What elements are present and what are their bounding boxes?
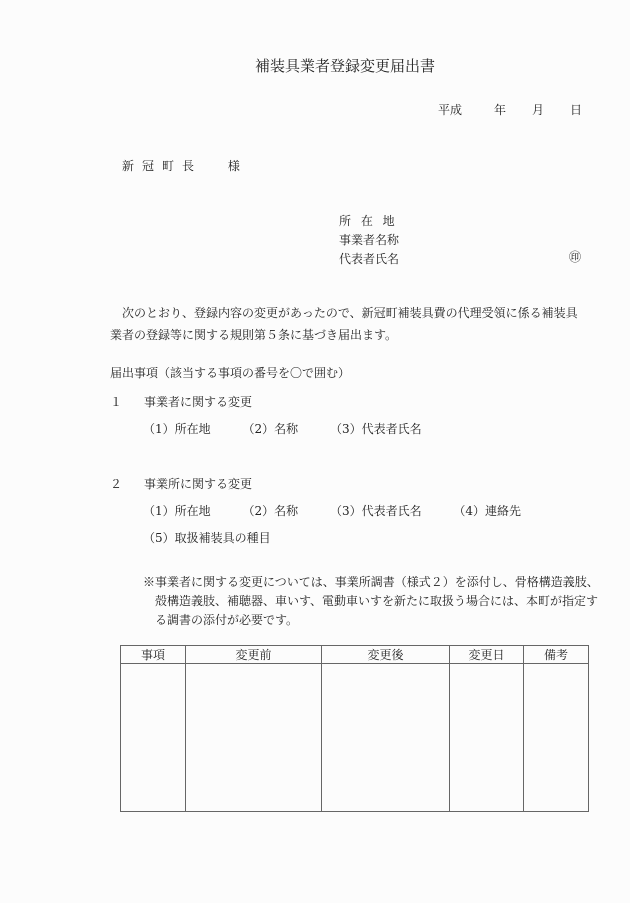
section-2-number: ２ — [110, 478, 144, 490]
addressee: 新冠町長 様 — [122, 160, 248, 172]
column-header-item: 事項 — [121, 646, 186, 664]
addressee-honorific: 様 — [228, 159, 248, 173]
applicant-business-name-label: 事業者名称 — [339, 234, 399, 253]
section-2-option-4: （4）連絡先 — [453, 505, 521, 517]
date-era: 平成 — [438, 104, 462, 116]
document-title: 補装具業者登録変更届出書 — [0, 59, 630, 74]
applicant-address-label: 所 在 地 — [339, 215, 399, 234]
column-header-change-date: 変更日 — [450, 646, 524, 664]
section-1-number: １ — [110, 396, 144, 408]
section-1-option-3: （3）代表者氏名 — [330, 423, 422, 435]
section-2-options: （1）所在地 （2）名称 （3）代表者氏名 （4）連絡先 — [143, 505, 549, 517]
section-2-option-3: （3）代表者氏名 — [330, 505, 422, 517]
column-header-after: 変更後 — [322, 646, 450, 664]
change-details-table: 事項 変更前 変更後 変更日 備考 — [120, 645, 589, 812]
section-1-options: （1）所在地 （2）名称 （3）代表者氏名 — [143, 423, 450, 435]
section-1-title: 事業者に関する変更 — [144, 395, 252, 409]
section-2-title: 事業所に関する変更 — [144, 477, 252, 491]
cell-remarks[interactable] — [524, 664, 589, 812]
section-2-option-5: （5）取扱補装具の種目 — [143, 532, 271, 544]
date-month-label: 月 — [532, 104, 544, 116]
column-header-remarks: 備考 — [524, 646, 589, 664]
section-1-option-1: （1）所在地 — [143, 423, 211, 435]
body-paragraph: 次のとおり、登録内容の変更があったので、新冠町補装具費の代理受領に係る補装具業者… — [110, 302, 588, 346]
attachment-note: ※事業者に関する変更については、事業所調書（様式２）を添付し、骨格構造義肢、殻構… — [143, 573, 605, 630]
section-2-option-2: （2）名称 — [242, 505, 298, 517]
cell-change-date[interactable] — [450, 664, 524, 812]
table-row — [121, 664, 589, 812]
date-day-label: 日 — [570, 104, 582, 116]
items-heading: 届出事項（該当する事項の番号を〇で囲む） — [110, 367, 350, 379]
section-1-option-2: （2）名称 — [242, 423, 298, 435]
table-header-row: 事項 変更前 変更後 変更日 備考 — [121, 646, 589, 664]
section-1-heading: １事業者に関する変更 — [110, 396, 252, 408]
cell-before[interactable] — [186, 664, 322, 812]
cell-after[interactable] — [322, 664, 450, 812]
applicant-representative-label: 代表者氏名 — [339, 253, 399, 272]
cell-item[interactable] — [121, 664, 186, 812]
section-2-heading: ２事業所に関する変更 — [110, 478, 252, 490]
applicant-block: 所 在 地 事業者名称 代表者氏名 — [339, 215, 399, 272]
section-2-option-1: （1）所在地 — [143, 505, 211, 517]
seal-icon: ㊞ — [569, 251, 581, 263]
section-2-options-row2: （5）取扱補装具の種目 — [143, 532, 299, 544]
date-line: 平成 年 月 日 — [438, 104, 582, 116]
column-header-before: 変更前 — [186, 646, 322, 664]
addressee-name: 新冠町長 — [122, 159, 202, 173]
date-year-label: 年 — [494, 104, 506, 116]
